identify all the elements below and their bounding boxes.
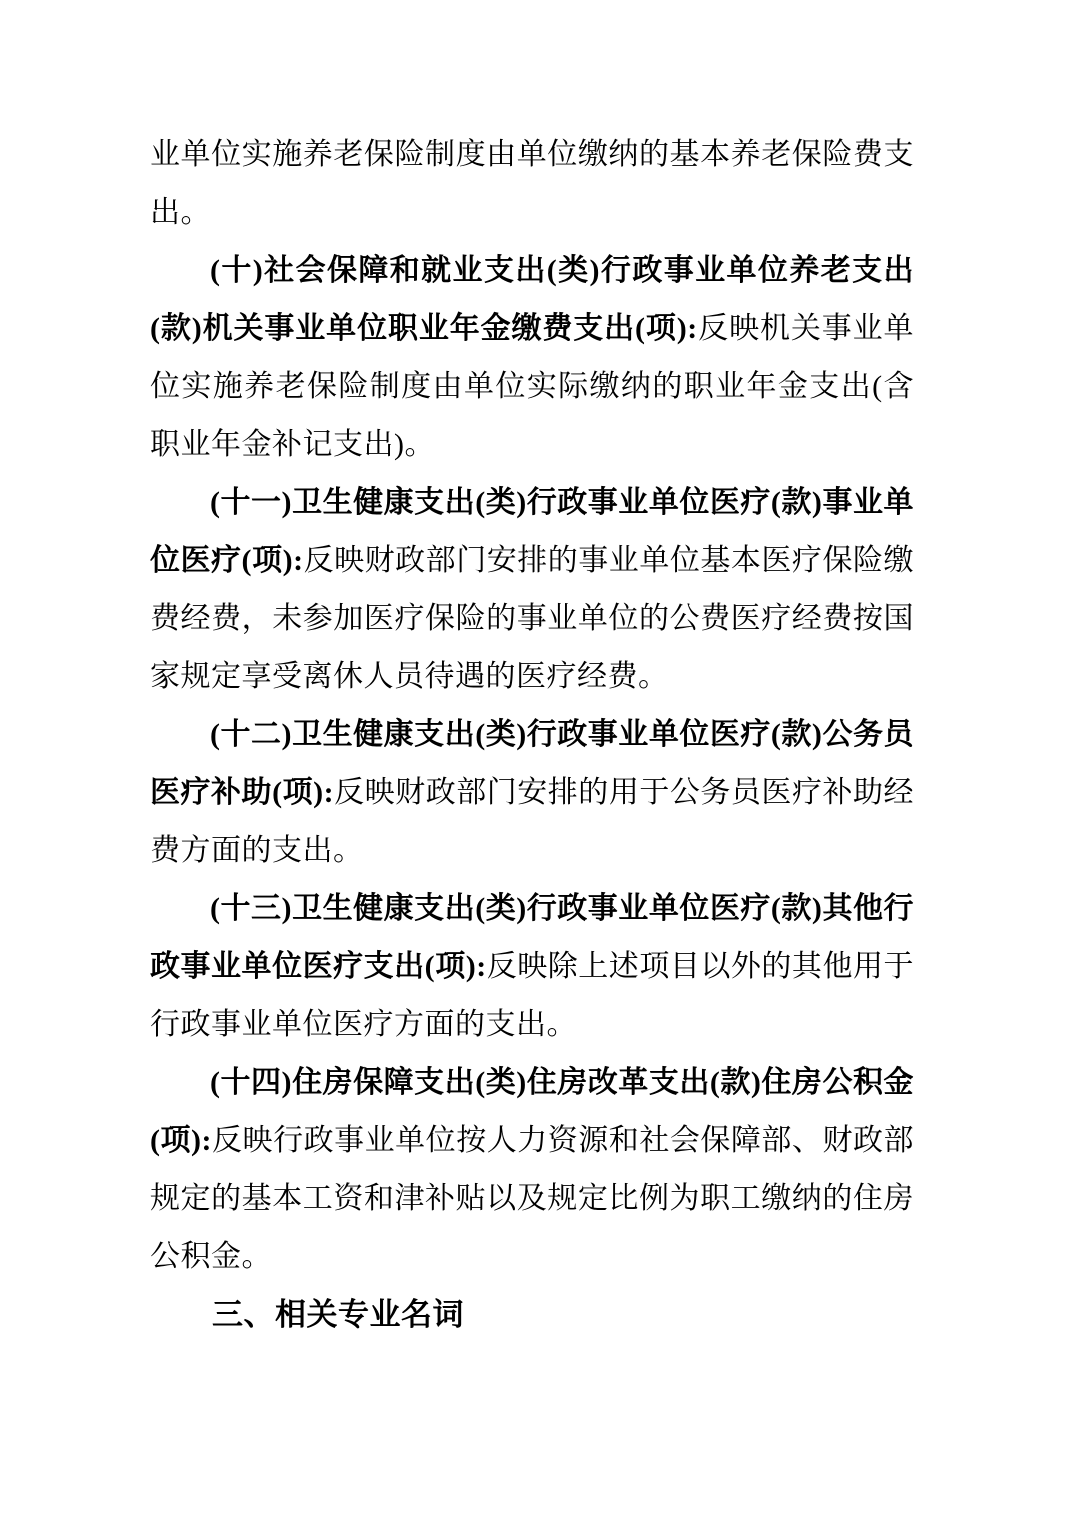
document-page: 业单位实施养老保险制度由单位缴纳的基本养老保险费支出。 (十)社会保障和就业支出… (0, 0, 1074, 1520)
paragraph-item-14: (十四)住房保障支出(类)住房改革支出(款)住房公积金(项):反映行政事业单位按… (150, 1054, 914, 1286)
item-14-description: 反映行政事业单位按人力资源和社会保障部、财政部规定的基本工资和津补贴以及规定比例… (150, 1124, 914, 1273)
paragraph-item-10: (十)社会保障和就业支出(类)行政事业单位养老支出(款)机关事业单位职业年金缴费… (150, 242, 914, 474)
paragraph-continuation: 业单位实施养老保险制度由单位缴纳的基本养老保险费支出。 (150, 126, 914, 242)
paragraph-item-13: (十三)卫生健康支出(类)行政事业单位医疗(款)其他行政事业单位医疗支出(项):… (150, 880, 914, 1054)
paragraph-item-11: (十一)卫生健康支出(类)行政事业单位医疗(款)事业单位医疗(项):反映财政部门… (150, 474, 914, 706)
section-heading: 三、相关专业名词 (150, 1286, 914, 1344)
paragraph-item-12: (十二)卫生健康支出(类)行政事业单位医疗(款)公务员医疗补助(项):反映财政部… (150, 706, 914, 880)
paragraph-continuation-text: 业单位实施养老保险制度由单位缴纳的基本养老保险费支出。 (150, 138, 914, 229)
